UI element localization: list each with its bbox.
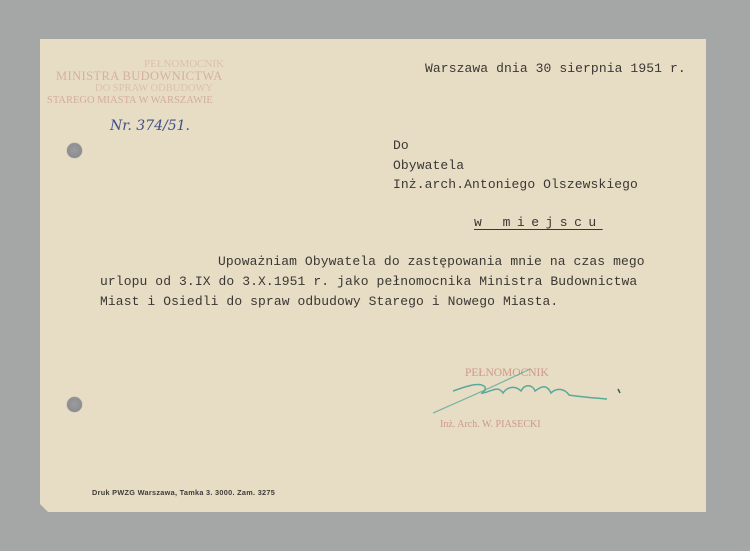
recipient-line3: Inż.arch.Antoniego Olszewskiego <box>393 177 638 192</box>
reference-number: Nr. 374/51. <box>110 118 190 134</box>
printer-imprint: Druk PWZG Warszawa, Tamka 3. 3000. Zam. … <box>92 488 275 497</box>
header-stamp-line3: DO SPRAW ODBUDOWY <box>95 83 213 94</box>
body-line1: Upoważniam Obywatela do zastępowania mni… <box>218 254 645 269</box>
local-delivery-note: w miejscu <box>474 215 603 230</box>
recipient-line2: Obywatela <box>393 158 464 173</box>
date-line: Warszawa dnia 30 sierpnia 1951 r. <box>425 61 686 76</box>
recipient-line1: Do <box>393 138 409 153</box>
punch-hole-bottom <box>67 397 82 412</box>
header-stamp-line4: STAREGO MIASTA W WARSZAWIE <box>47 95 213 106</box>
signature-name-stamp: Inż. Arch. W. PIASECKI <box>440 419 541 430</box>
handwritten-signature-icon <box>425 361 625 421</box>
header-stamp-line2: MINISTRA BUDOWNICTWA <box>56 69 223 84</box>
body-line2: urlopu od 3.IX do 3.X.1951 r. jako pełno… <box>100 274 637 289</box>
punch-hole-top <box>67 143 82 158</box>
document-sheet: PEŁNOMOCNIK MINISTRA BUDOWNICTWA DO SPRA… <box>40 39 706 512</box>
body-line3: Miast i Osiedli do spraw odbudowy Stareg… <box>100 294 558 309</box>
